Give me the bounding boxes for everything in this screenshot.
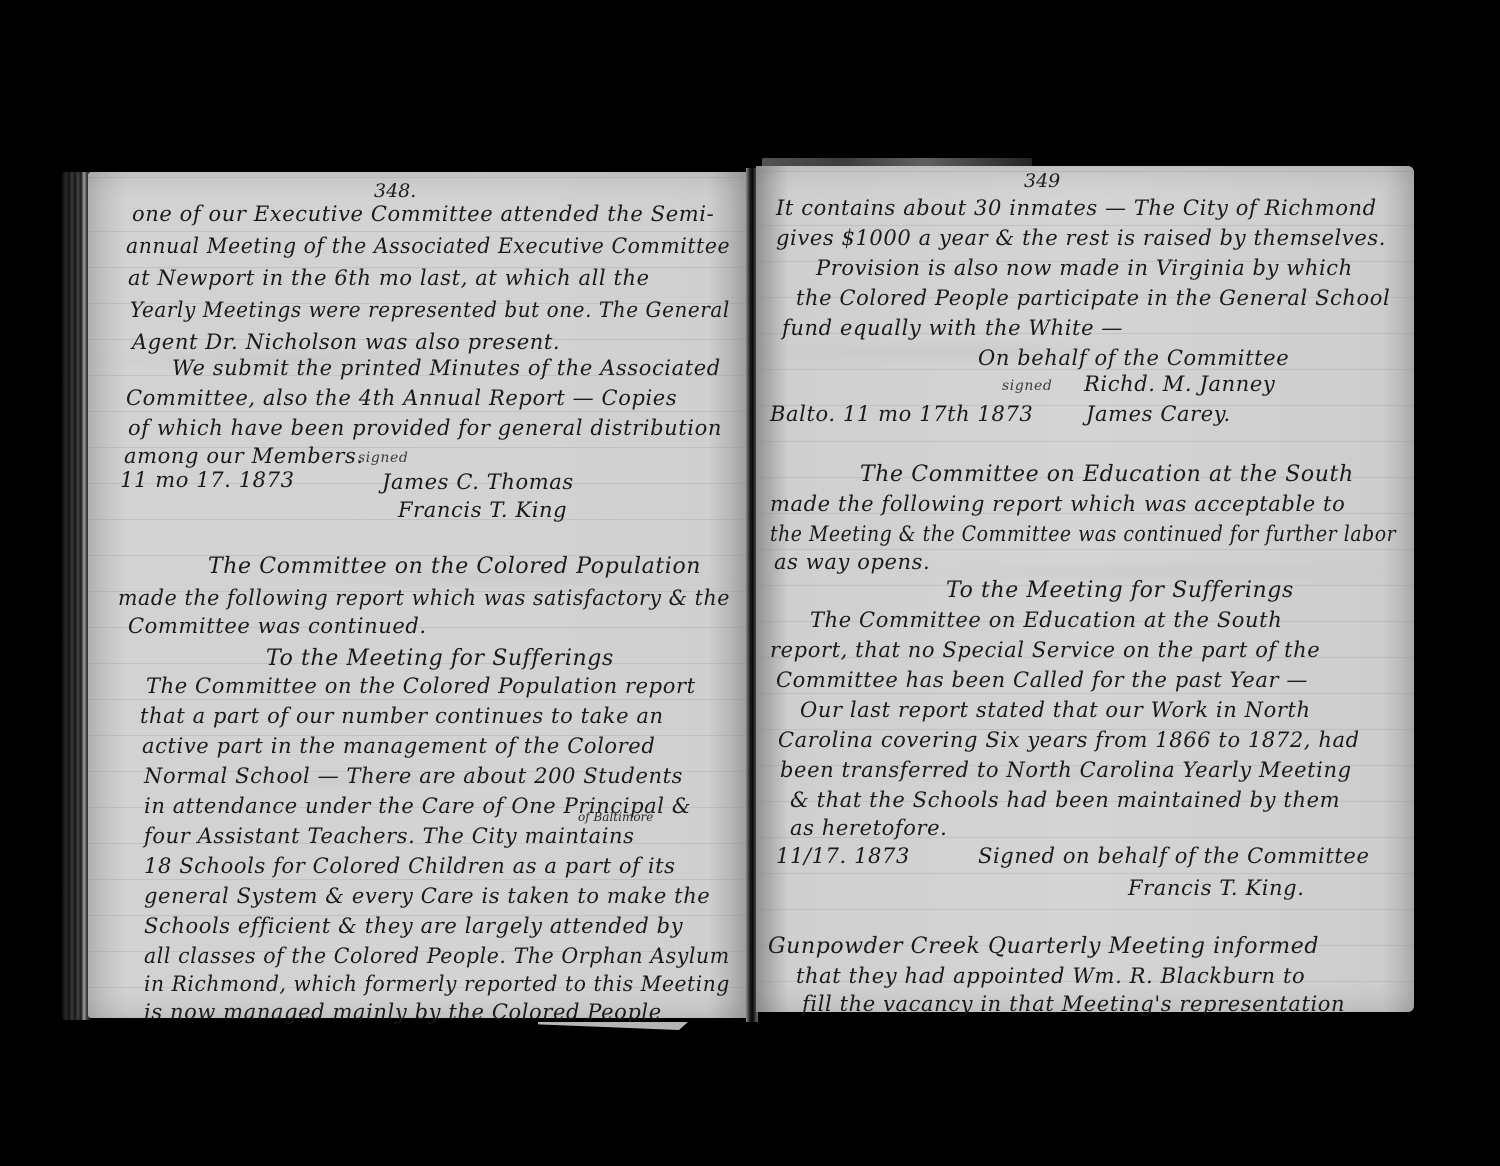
on-behalf-line: Signed on behalf of the Committee xyxy=(978,844,1369,868)
text-line: as way opens. xyxy=(774,550,930,574)
text-line: at Newport in the 6th mo last, at which … xyxy=(128,266,650,290)
paper-flap xyxy=(538,1022,688,1030)
text-line: Agent Dr. Nicholson was also present. xyxy=(132,330,560,354)
text-line: among our Members. xyxy=(124,444,364,468)
text-line: Yearly Meetings were represented but one… xyxy=(130,298,730,322)
signature: James Carey. xyxy=(1086,402,1231,426)
signature: James C. Thomas xyxy=(382,470,574,494)
text-line: one of our Executive Committee attended … xyxy=(132,202,714,226)
open-book: 348. one of our Executive Committee atte… xyxy=(62,158,1442,1038)
text-line: report, that no Special Service on the p… xyxy=(770,638,1320,662)
text-line: fill the vacancy in that Meeting's repre… xyxy=(802,992,1345,1016)
text-line: made the following report which was sati… xyxy=(118,586,730,610)
section-heading: Gunpowder Creek Quarterly Meeting inform… xyxy=(768,934,1319,959)
left-page: 348. one of our Executive Committee atte… xyxy=(88,172,748,1018)
text-line: Our last report stated that our Work in … xyxy=(800,698,1311,722)
address-heading: To the Meeting for Sufferings xyxy=(266,646,614,671)
text-line: the Meeting & the Committee was continue… xyxy=(770,522,1396,546)
text-line: four Assistant Teachers. The City mainta… xyxy=(144,824,635,848)
text-line: gives $1000 a year & the rest is raised … xyxy=(776,226,1386,250)
text-line: Carolina covering Six years from 1866 to… xyxy=(778,728,1360,752)
text-line: is now managed mainly by the Colored Peo… xyxy=(144,1000,662,1024)
text-line: It contains about 30 inmates — The City … xyxy=(776,196,1377,220)
text-line: that a part of our number continues to t… xyxy=(140,704,664,728)
section-heading: The Committee on Education at the South xyxy=(860,462,1354,487)
section-heading: The Committee on the Colored Population xyxy=(208,554,701,579)
text-line: general System & every Care is taken to … xyxy=(144,884,710,908)
date-line: Balto. 11 mo 17th 1873 xyxy=(770,402,1033,426)
text-line: as heretofore. xyxy=(790,816,947,840)
signature: Francis T. King. xyxy=(1128,876,1305,900)
interlinear-insertion: of Baltimore xyxy=(578,810,653,824)
page-text: It contains about 30 inmates — The City … xyxy=(756,166,1414,1012)
text-line: annual Meeting of the Associated Executi… xyxy=(126,234,730,258)
page-text: one of our Executive Committee attended … xyxy=(88,172,748,1018)
signed-label: signed xyxy=(358,450,409,466)
text-line: The Committee on the Colored Population … xyxy=(146,674,696,698)
text-line: We submit the printed Minutes of the Ass… xyxy=(172,356,721,380)
text-line: of which have been provided for general … xyxy=(128,416,722,440)
text-line: been transferred to North Carolina Yearl… xyxy=(780,758,1352,782)
text-line: the Colored People participate in the Ge… xyxy=(796,286,1390,310)
right-page: 349 It contains about 30 inmates — The C… xyxy=(756,166,1414,1012)
text-line: active part in the management of the Col… xyxy=(142,734,655,758)
on-behalf-line: On behalf of the Committee xyxy=(978,346,1289,370)
text-line: The Committee on Education at the South xyxy=(810,608,1282,632)
text-line: Committee was continued. xyxy=(128,614,427,638)
text-line: that they had appointed Wm. R. Blackburn… xyxy=(796,964,1305,988)
signature: Richd. M. Janney xyxy=(1084,372,1275,396)
text-line: & that the Schools had been maintained b… xyxy=(790,788,1340,812)
signature: Francis T. King xyxy=(398,498,567,522)
text-line: Provision is also now made in Virginia b… xyxy=(816,256,1353,280)
text-line: all classes of the Colored People. The O… xyxy=(144,944,730,968)
text-line: Schools efficient & they are largely att… xyxy=(144,914,683,938)
date-line: 11 mo 17. 1873 xyxy=(120,468,295,492)
page-edges xyxy=(62,172,90,1020)
text-line: 18 Schools for Colored Children as a par… xyxy=(144,854,676,878)
date-line: 11/17. 1873 xyxy=(776,844,910,868)
text-line: made the following report which was acce… xyxy=(770,492,1345,516)
address-heading: To the Meeting for Sufferings xyxy=(946,578,1294,603)
signed-label: signed xyxy=(1002,378,1053,394)
document-viewer: 348. one of our Executive Committee atte… xyxy=(0,0,1500,1166)
text-line: Normal School — There are about 200 Stud… xyxy=(144,764,683,788)
text-line: Committee has been Called for the past Y… xyxy=(776,668,1308,692)
text-line: in Richmond, which formerly reported to … xyxy=(144,972,730,996)
text-line: fund equally with the White — xyxy=(782,316,1123,340)
text-line: Committee, also the 4th Annual Report — … xyxy=(126,386,677,410)
